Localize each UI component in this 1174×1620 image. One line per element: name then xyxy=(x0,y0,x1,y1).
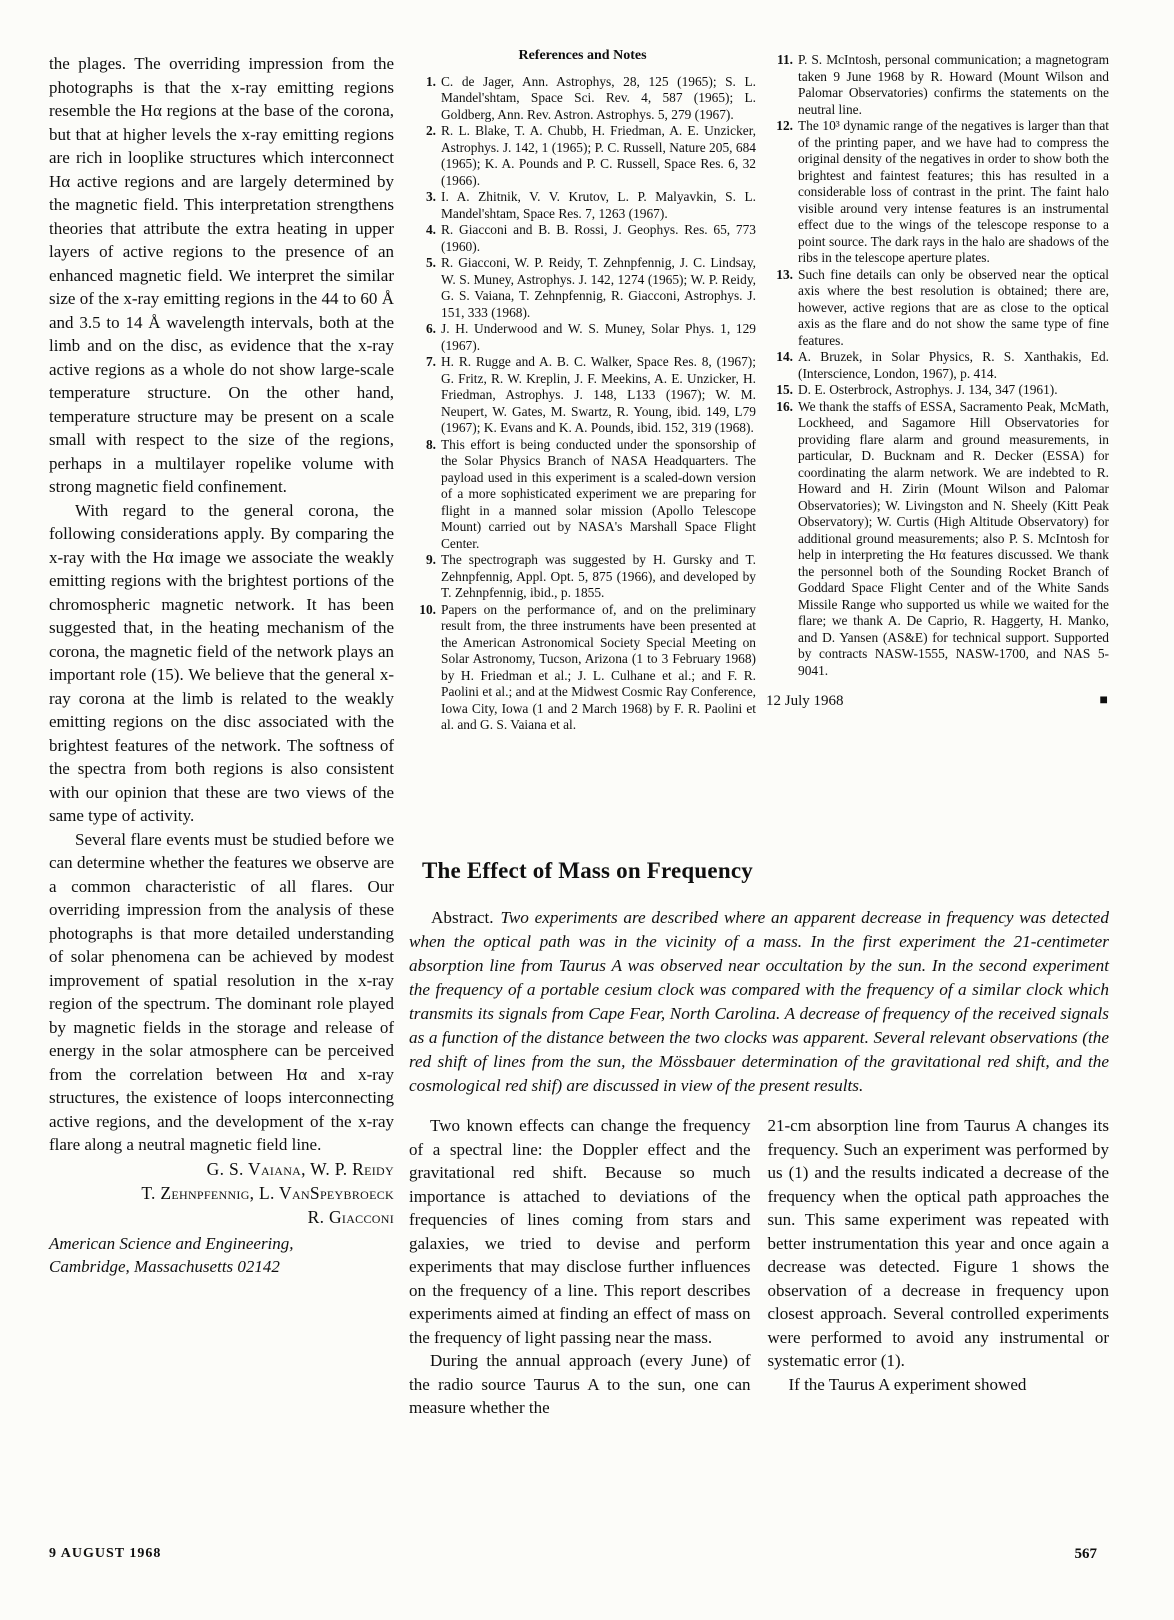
abstract-text: Two experiments are described where an a… xyxy=(409,908,1109,1095)
reference-item: 6.J. H. Underwood and W. S. Muney, Solar… xyxy=(409,321,756,354)
reference-number: 6. xyxy=(409,321,441,354)
reference-item: 12.The 10³ dynamic range of the negative… xyxy=(766,118,1109,267)
author-signature: G. S. Vaiana, W. P. Reidy xyxy=(49,1157,394,1181)
reference-number: 13. xyxy=(766,267,798,350)
paragraph: the plages. The overriding impression fr… xyxy=(49,52,394,499)
reference-number: 12. xyxy=(766,118,798,267)
reference-item: 15.D. E. Osterbrock, Astrophys. J. 134, … xyxy=(766,382,1109,399)
reference-item: 11.P. S. McIntosh, personal communicatio… xyxy=(766,52,1109,118)
reference-item: 4.R. Giacconi and B. B. Rossi, J. Geophy… xyxy=(409,222,756,255)
reference-number: 7. xyxy=(409,354,441,437)
article2: The Effect of Mass on Frequency Abstract… xyxy=(409,856,1109,1420)
reference-number: 15. xyxy=(766,382,798,399)
reference-text: P. S. McIntosh, personal communication; … xyxy=(798,52,1109,118)
reference-text: H. R. Rugge and A. B. C. Walker, Space R… xyxy=(441,354,756,437)
reference-text: The spectrograph was suggested by H. Gur… xyxy=(441,552,756,602)
reference-text: A. Bruzek, in Solar Physics, R. S. Xanth… xyxy=(798,349,1109,382)
reference-number: 8. xyxy=(409,437,441,553)
reference-text: Such fine details can only be observed n… xyxy=(798,267,1109,350)
reference-item: 14.A. Bruzek, in Solar Physics, R. S. Xa… xyxy=(766,349,1109,382)
reference-item: 1.C. de Jager, Ann. Astrophys, 28, 125 (… xyxy=(409,74,756,124)
reference-number: 14. xyxy=(766,349,798,382)
paragraph: If the Taurus A experiment showed xyxy=(768,1373,1110,1397)
reference-text: Papers on the performance of, and on the… xyxy=(441,602,756,734)
end-of-article-square-icon: ■ xyxy=(1100,694,1108,708)
reference-text: C. de Jager, Ann. Astrophys, 28, 125 (19… xyxy=(441,74,756,124)
article1-left-column: the plages. The overriding impression fr… xyxy=(49,52,394,1279)
reference-item: 13.Such fine details can only be observe… xyxy=(766,267,1109,350)
reference-number: 16. xyxy=(766,399,798,680)
reference-number: 3. xyxy=(409,189,441,222)
article2-column-1: Two known effects can change the frequen… xyxy=(409,1114,751,1420)
references-column-2: 11.P. S. McIntosh, personal communicatio… xyxy=(766,52,1109,710)
reference-item: 5.R. Giacconi, W. P. Reidy, T. Zehnpfenn… xyxy=(409,255,756,321)
paragraph: During the annual approach (every June) … xyxy=(409,1349,751,1420)
reference-number: 4. xyxy=(409,222,441,255)
dateline: 12 July 1968 xyxy=(766,693,844,710)
abstract-label: Abstract. xyxy=(431,908,494,927)
affiliation-line: American Science and Engineering, xyxy=(49,1232,394,1256)
article2-column-2: 21-cm absorption line from Taurus A chan… xyxy=(768,1114,1110,1420)
reference-text: We thank the staffs of ESSA, Sacramento … xyxy=(798,399,1109,680)
reference-item: 7.H. R. Rugge and A. B. C. Walker, Space… xyxy=(409,354,756,437)
reference-number: 9. xyxy=(409,552,441,602)
reference-number: 11. xyxy=(766,52,798,118)
reference-text: D. E. Osterbrock, Astrophys. J. 134, 347… xyxy=(798,382,1109,399)
reference-item: 3.I. A. Zhitnik, V. V. Krutov, L. P. Mal… xyxy=(409,189,756,222)
reference-number: 2. xyxy=(409,123,441,189)
dateline-row: 12 July 1968 ■ xyxy=(766,693,1109,710)
reference-text: R. Giacconi and B. B. Rossi, J. Geophys.… xyxy=(441,222,756,255)
reference-text: I. A. Zhitnik, V. V. Krutov, L. P. Malya… xyxy=(441,189,756,222)
references-column-1: References and Notes 1.C. de Jager, Ann.… xyxy=(409,48,756,734)
reference-number: 10. xyxy=(409,602,441,734)
paragraph: Several flare events must be studied bef… xyxy=(49,828,394,1157)
journal-date: 9 AUGUST 1968 xyxy=(49,1546,161,1563)
article2-body: Two known effects can change the frequen… xyxy=(409,1114,1109,1420)
page-number: 567 xyxy=(1075,1546,1098,1563)
paragraph: With regard to the general corona, the f… xyxy=(49,499,394,828)
reference-item: 8.This effort is being conducted under t… xyxy=(409,437,756,553)
author-signature: R. Giacconi xyxy=(49,1205,394,1229)
reference-text: J. H. Underwood and W. S. Muney, Solar P… xyxy=(441,321,756,354)
abstract: Abstract.Two experiments are described w… xyxy=(409,906,1109,1098)
author-signature: T. Zehnpfennig, L. VanSpeybroeck xyxy=(49,1181,394,1205)
reference-number: 1. xyxy=(409,74,441,124)
reference-text: The 10³ dynamic range of the negatives i… xyxy=(798,118,1109,267)
references-heading: References and Notes xyxy=(409,48,756,65)
reference-text: R. L. Blake, T. A. Chubb, H. Friedman, A… xyxy=(441,123,756,189)
reference-text: R. Giacconi, W. P. Reidy, T. Zehnpfennig… xyxy=(441,255,756,321)
paragraph: Two known effects can change the frequen… xyxy=(409,1114,751,1349)
affiliation: American Science and Engineering, Cambri… xyxy=(49,1232,394,1279)
reference-item: 2.R. L. Blake, T. A. Chubb, H. Friedman,… xyxy=(409,123,756,189)
affiliation-line: Cambridge, Massachusetts 02142 xyxy=(49,1255,394,1279)
reference-item: 9.The spectrograph was suggested by H. G… xyxy=(409,552,756,602)
article2-title: The Effect of Mass on Frequency xyxy=(422,856,1109,886)
page: the plages. The overriding impression fr… xyxy=(0,0,1174,1620)
page-footer: 9 AUGUST 1968 567 xyxy=(49,1546,1097,1563)
reference-item: 10.Papers on the performance of, and on … xyxy=(409,602,756,734)
paragraph: 21-cm absorption line from Taurus A chan… xyxy=(768,1114,1110,1373)
reference-text: This effort is being conducted under the… xyxy=(441,437,756,553)
reference-number: 5. xyxy=(409,255,441,321)
reference-item: 16.We thank the staffs of ESSA, Sacramen… xyxy=(766,399,1109,680)
